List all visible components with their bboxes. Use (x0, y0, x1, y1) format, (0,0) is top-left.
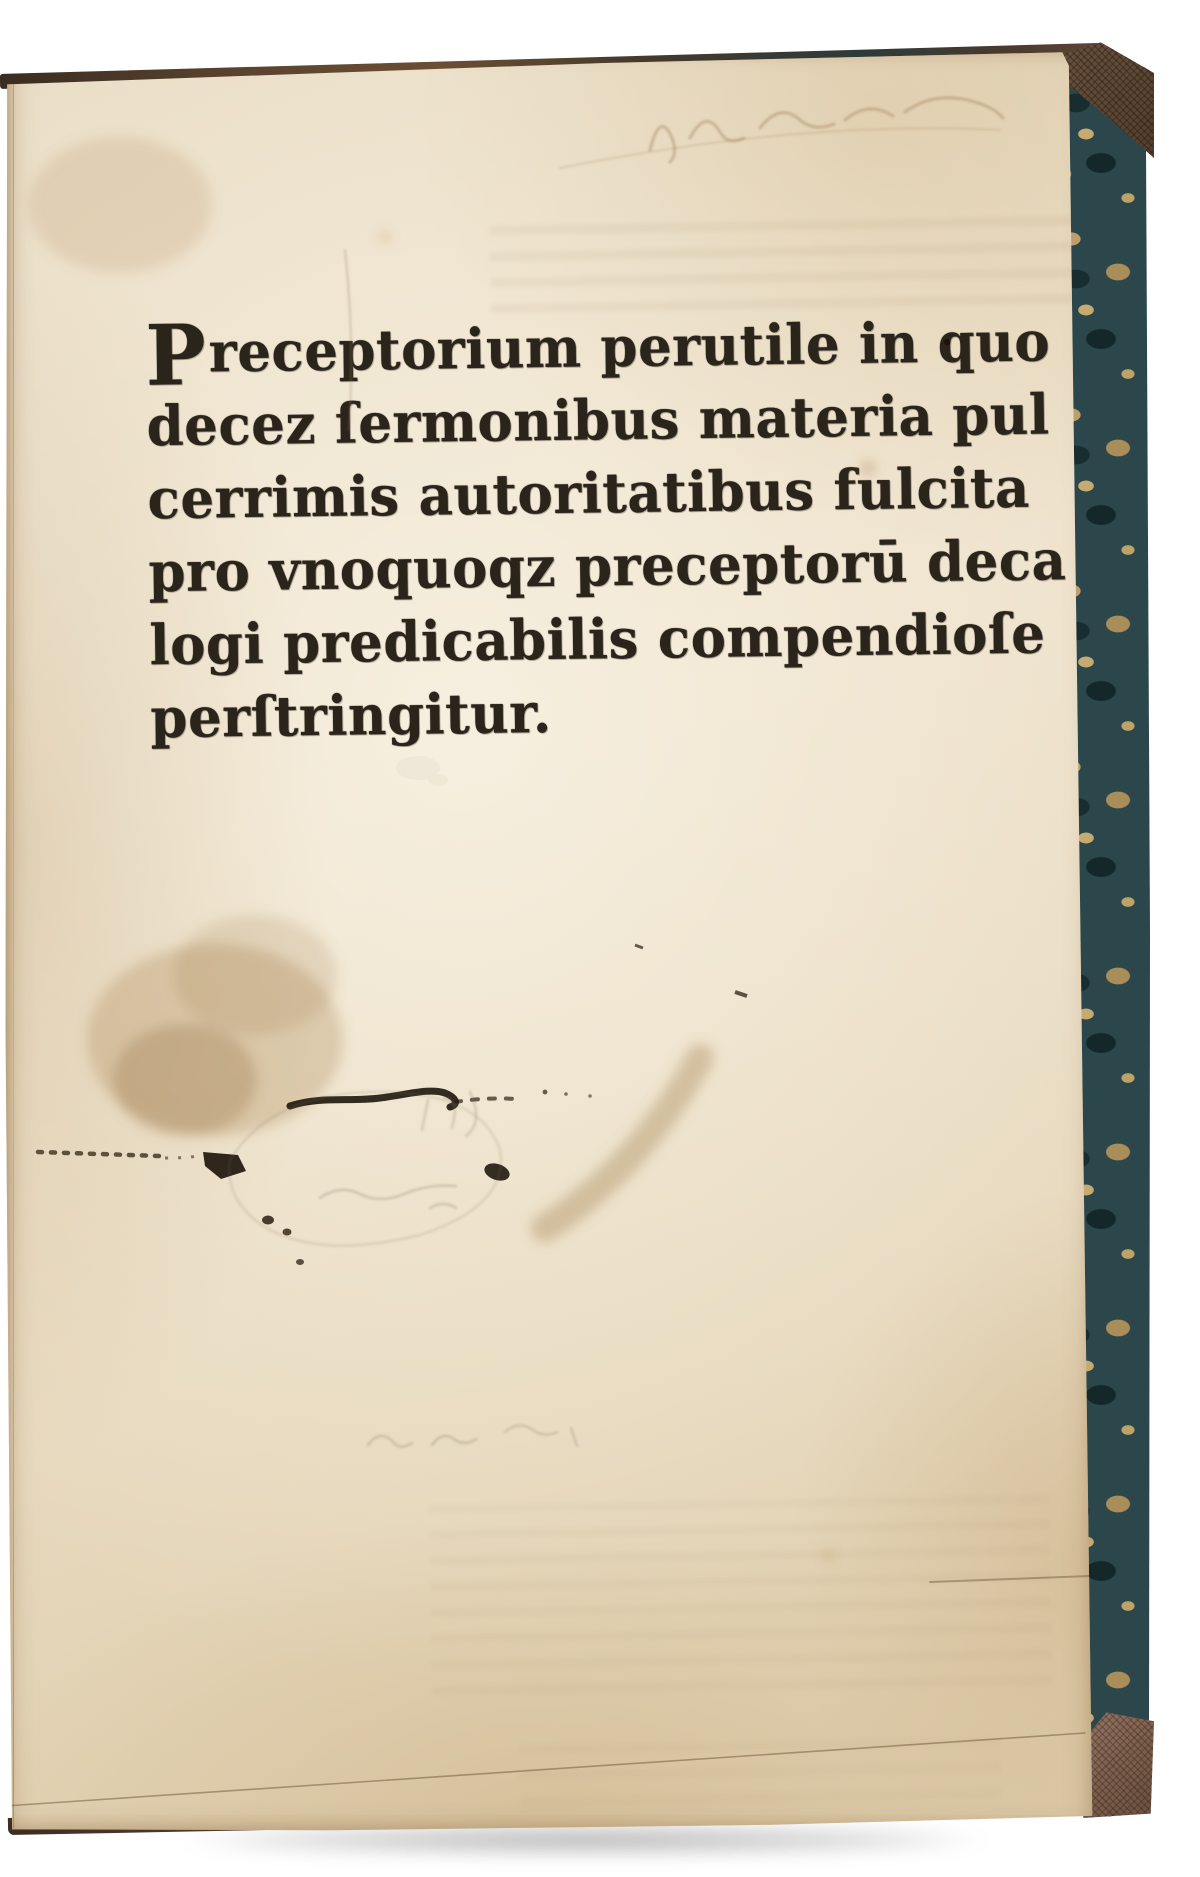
printed-line-6: perſtringitur. (150, 670, 999, 757)
page-surface: Preceptorium perutile in quo decez ſermo… (0, 0, 1200, 1877)
show-through-text-top (489, 207, 1091, 313)
crescent-stain (545, 1058, 700, 1228)
title-text-block: Preceptorium perutile in quo decez ſermo… (145, 306, 999, 755)
paper-flaw-chip (396, 756, 448, 786)
page-leaf: Preceptorium perutile in quo decez ſermo… (5, 46, 1095, 1832)
show-through-text-bottom-2 (520, 1738, 1001, 1806)
show-through-text-bottom (428, 1495, 1051, 1696)
faint-handwriting-top (560, 98, 1003, 168)
photo-backdrop: Preceptorium perutile in quo decez ſermo… (0, 0, 1200, 1877)
page-gutter-crease (13, 80, 14, 1828)
faint-pencil-marks (229, 1092, 577, 1447)
